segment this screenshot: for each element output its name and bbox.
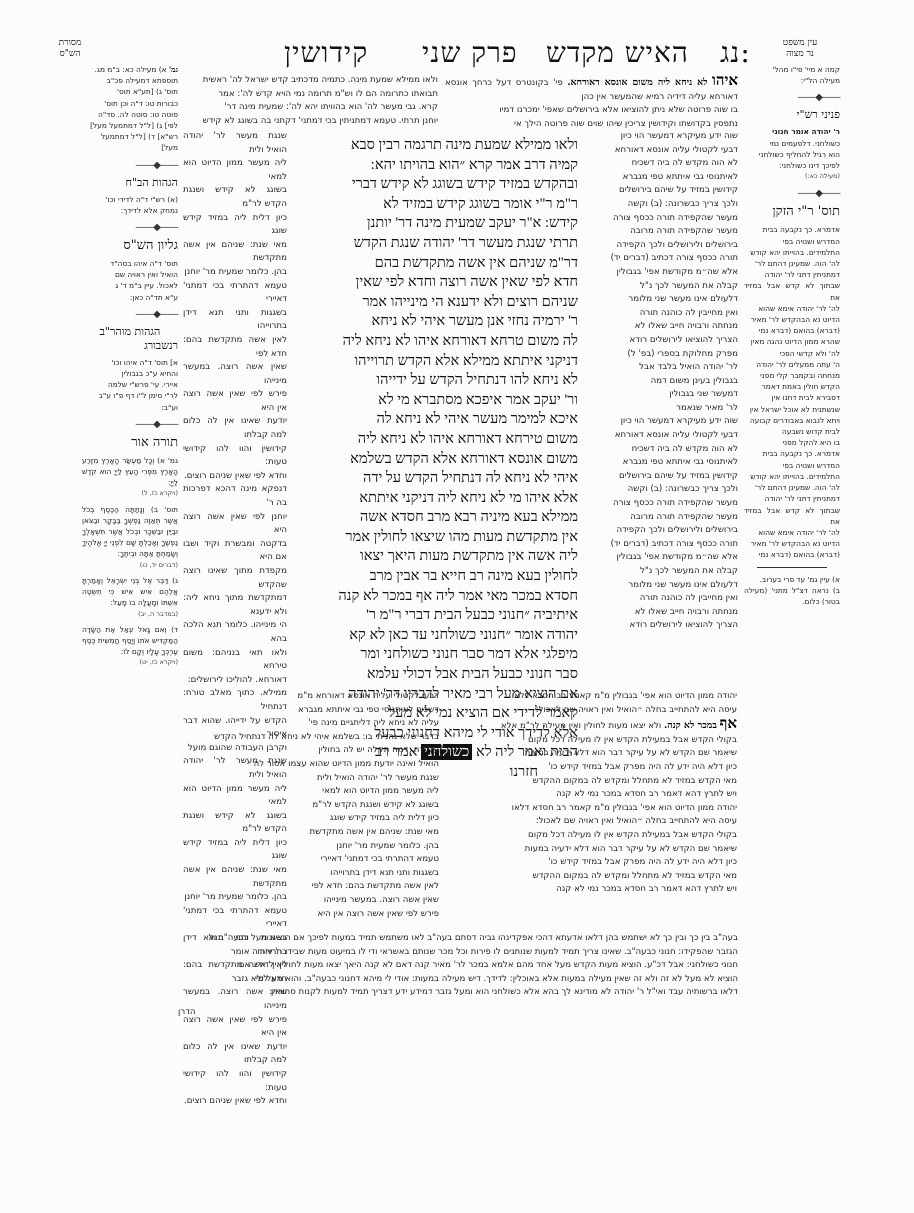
footnote-rule	[757, 567, 827, 568]
right-margin: קמה א מיי' פי"ו מהל' מעילה הל"י: ——◆—— פ…	[744, 64, 840, 611]
pninei-rashi-title: פניני רש"י	[744, 108, 840, 122]
masoret-hashas: גמ' א) מעילה כא: ב"מ מג. תוספתא דמעילה פ…	[82, 64, 178, 154]
ornament-divider: ——◆——	[82, 419, 178, 431]
hagahot-maharab-title: הגהות מוהר"ב רנשבורג	[82, 325, 178, 353]
tractate-title: קידושין	[284, 38, 368, 68]
tosafot-dibur-hamatchil: איהו	[712, 71, 738, 89]
tosafot-rid-title: תוס' ר"י הזקן	[744, 204, 840, 220]
ornament-divider: ——◆——	[744, 188, 840, 200]
ein-mishpat-label: עין משפט נר מצוה	[770, 38, 830, 60]
left-margin: גמ' א) מעילה כא: ב"מ מג. תוספתא דמעילה פ…	[82, 64, 178, 673]
chapter-name: האיש מקדש	[546, 38, 689, 68]
footnotes: א) עיין גמ' עד פרי בערוב. ב) נראה דצ"ל מ…	[744, 574, 840, 608]
gilyon-hashas-title: גליון הש"ס	[82, 238, 178, 254]
ornament-divider: ——◆——	[744, 92, 840, 104]
tosafot-top: איהו לא ניחא ליה משום אונסא דאורחא. פי' …	[445, 74, 738, 131]
gemara-text: ולאו ממילא שמעת מינה תרגמה רבין סבא קמיה…	[296, 136, 578, 783]
rashi-bottom: דבעי לקטולי עליה אונסא דאורחא מ"מ דשכיח …	[183, 690, 439, 921]
catchword: הדרן	[178, 1006, 196, 1020]
tosafot-bottom: יהודה ממון הדיוט הוא אפי' בגבולין מ"מ קא…	[447, 690, 737, 897]
ornament-divider: ——◆——	[82, 222, 178, 234]
tosafot-column: שוה ידע מעיקרא דמעשר הוי כיון דבעי לקטול…	[586, 130, 738, 633]
chapter-number: פרק שני	[422, 38, 518, 68]
torah-or-title: תורה אור	[82, 435, 178, 451]
hagahot-bach-title: הגהות הב"ח	[82, 176, 178, 190]
ornament-divider: ——◆——	[82, 309, 178, 321]
masoret-label: מסורת הש"ס	[50, 38, 90, 60]
rashi-top: ולאו ממילא שמעת מינה. כתמיה מדכתיב קדש י…	[183, 74, 438, 128]
ein-mishpat: קמה א מיי' פי"ו מהל' מעילה הל"י:	[744, 64, 840, 86]
ornament-divider: ——◆——	[82, 160, 178, 172]
rashi-footer: בעה"ב בין כך ובין כך לא ישתמש בהן דלאו א…	[183, 932, 738, 1000]
